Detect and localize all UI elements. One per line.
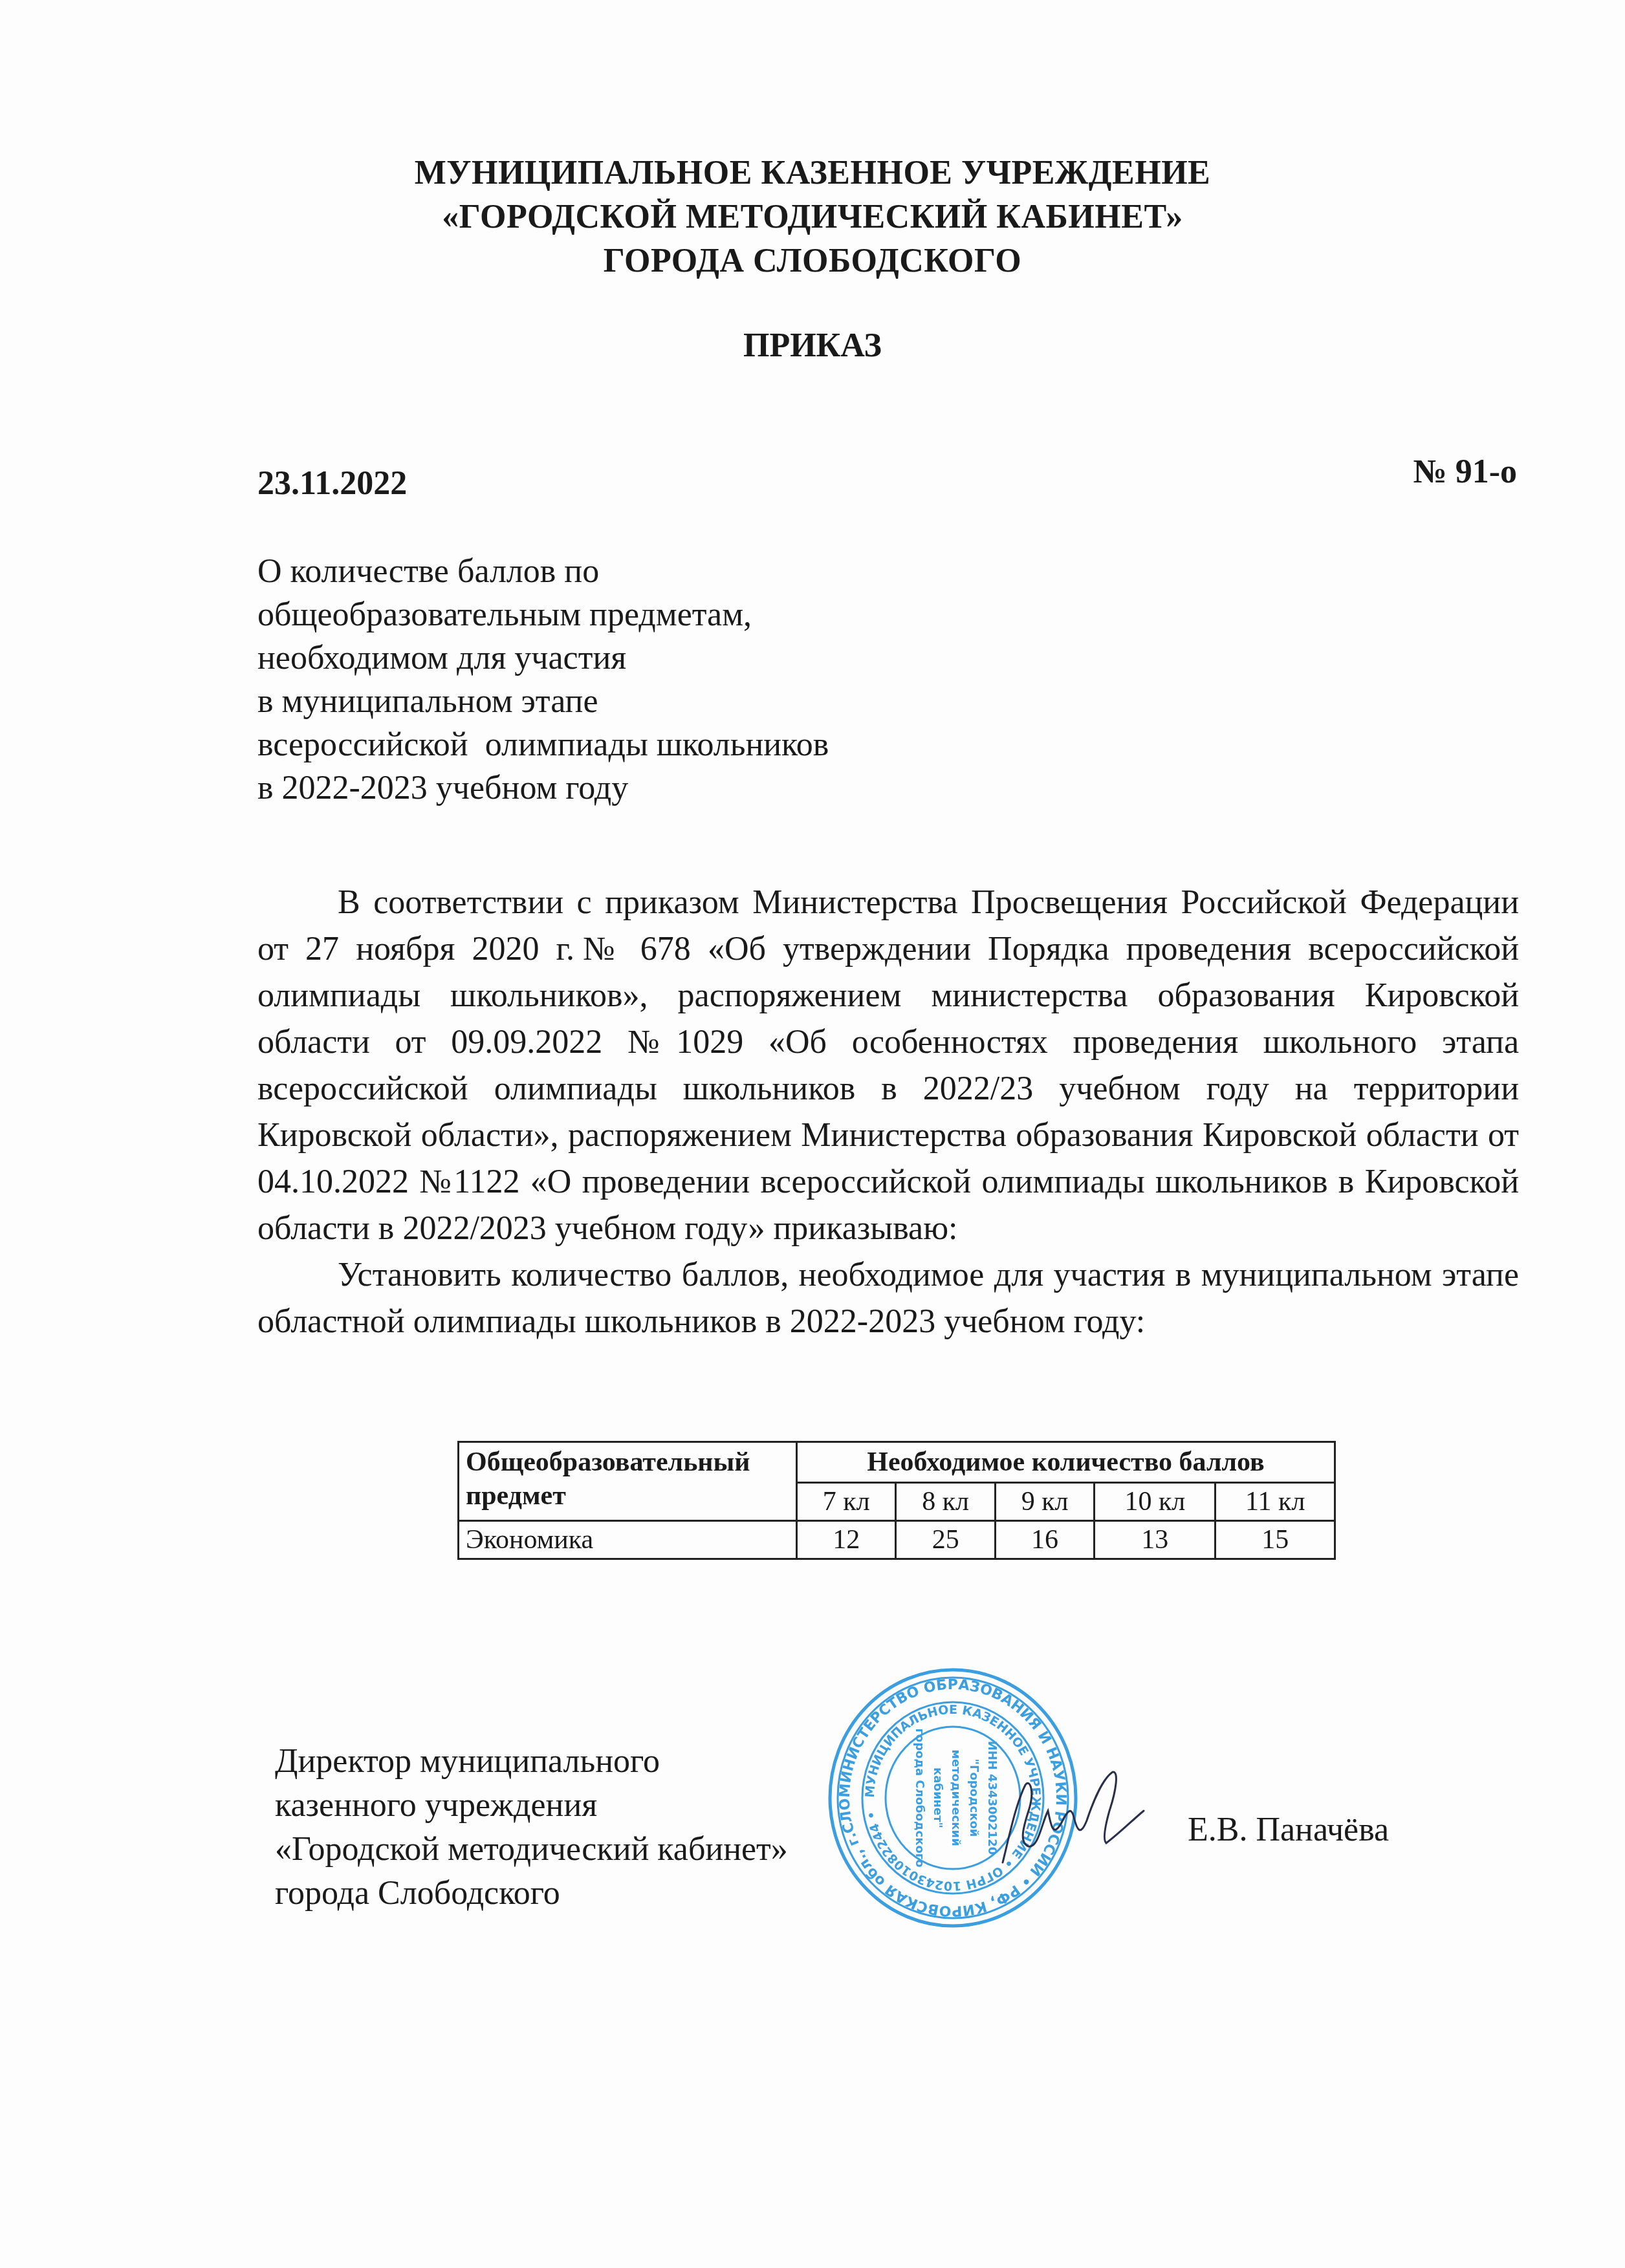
grade-column-header: 10 кл	[1095, 1483, 1216, 1521]
signatory-position: Директор муниципального казенного учрежд…	[275, 1740, 788, 1916]
subject-line: О количестве баллов по	[257, 550, 829, 593]
table-row: Экономика 12 25 16 13 15	[459, 1521, 1335, 1559]
scores-table: Общеобразовательный предмет Необходимое …	[457, 1441, 1336, 1560]
score-cell: 25	[896, 1521, 995, 1559]
score-cell: 16	[995, 1521, 1094, 1559]
grade-column-header: 7 кл	[797, 1483, 896, 1521]
subject-column-header: Общеобразовательный предмет	[459, 1442, 797, 1521]
subject-line: общеобразовательным предметам,	[257, 593, 829, 636]
position-line: города Слободского	[275, 1872, 788, 1916]
required-points-header: Необходимое количество баллов	[797, 1442, 1335, 1483]
document-type-title: ПРИКАЗ	[0, 327, 1625, 365]
grade-column-header: 8 кл	[896, 1483, 995, 1521]
position-line: казенного учреждения	[275, 1784, 788, 1828]
subject-line: в 2022-2023 учебном году	[257, 766, 829, 810]
order-number: № 91-о	[1413, 453, 1517, 491]
header-line-2: «ГОРОДСКОЙ МЕТОДИЧЕСКИЙ КАБИНЕТ»	[0, 195, 1625, 239]
order-date: 23.11.2022	[257, 464, 407, 502]
preamble-paragraph: В соответствии с приказом Министерства П…	[257, 880, 1519, 1252]
grade-column-header: 9 кл	[995, 1483, 1094, 1521]
subject-cell: Экономика	[459, 1521, 797, 1559]
header-line-1: МУНИЦИПАЛЬНОЕ КАЗЕННОЕ УЧРЕЖДЕНИЕ	[0, 151, 1625, 195]
signatory-name: Е.В. Паначёва	[1188, 1811, 1389, 1849]
stamp-inner-line: методический	[949, 1749, 963, 1846]
grade-column-header: 11 кл	[1216, 1483, 1335, 1521]
directive-paragraph: Установить количество баллов, необходимо…	[257, 1252, 1519, 1345]
subject-line: в муниципальном этапе	[257, 680, 829, 723]
position-line: «Городской методический кабинет»	[275, 1828, 788, 1872]
table-header-row: Общеобразовательный предмет Необходимое …	[459, 1442, 1335, 1483]
header-line-3: ГОРОДА СЛОБОДСКОГО	[0, 239, 1625, 283]
position-line: Директор муниципального	[275, 1740, 788, 1784]
score-cell: 15	[1216, 1521, 1335, 1559]
stamp-inner-line: города Слободского	[913, 1728, 926, 1867]
order-body: В соответствии с приказом Министерства П…	[257, 880, 1519, 1345]
stamp-inner-line: кабинет"	[931, 1767, 944, 1828]
subject-line: необходимом для участия	[257, 636, 829, 680]
document-page: МУНИЦИПАЛЬНОЕ КАЗЕННОЕ УЧРЕЖДЕНИЕ «ГОРОД…	[0, 0, 1625, 2268]
handwritten-signature-icon	[990, 1766, 1145, 1869]
order-subject: О количестве баллов по общеобразовательн…	[257, 550, 829, 810]
score-cell: 13	[1095, 1521, 1216, 1559]
subject-line: всероссийской олимпиады школьников	[257, 723, 829, 766]
stamp-inner-line: "Городской	[967, 1759, 981, 1837]
score-cell: 12	[797, 1521, 896, 1559]
institution-header: МУНИЦИПАЛЬНОЕ КАЗЕННОЕ УЧРЕЖДЕНИЕ «ГОРОД…	[0, 151, 1625, 283]
